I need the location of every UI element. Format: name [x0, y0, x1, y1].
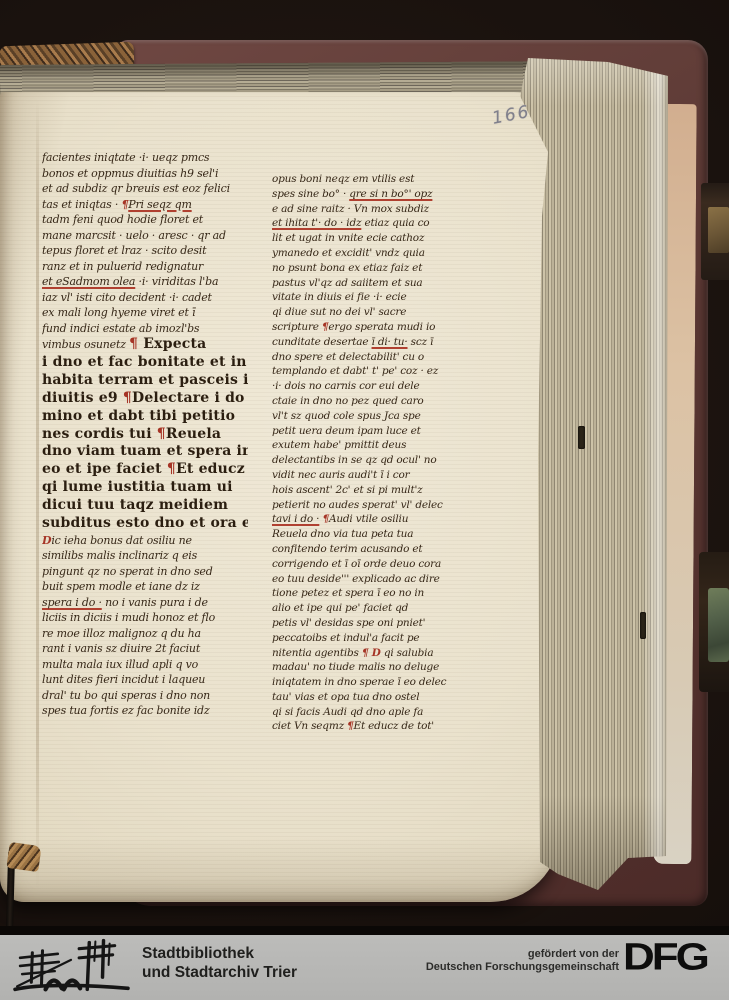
manuscript-line: cunditate desertae ī di· tu· scz ī — [272, 335, 474, 350]
manuscript-line: templando et dabt' t' pe' coz · ez — [272, 364, 474, 379]
manuscript-line: vimbus osunetz ¶ Expecta — [42, 336, 248, 354]
clasp-metal-fitting — [708, 207, 729, 253]
manuscript-line: e ad sine raitz · Vn mox subdiz — [272, 202, 474, 217]
manuscript-line: bonos et oppmus diuitias h9 sel'i — [42, 166, 248, 182]
manuscript-line: et eSadmom olea ·i· viriditas l'ba — [42, 274, 248, 290]
book-tailband-braid — [6, 842, 41, 872]
fore-edge-clasp-slot — [640, 612, 646, 639]
manuscript-line: spera i do · no i vanis pura i de — [42, 595, 248, 611]
manuscript-line: multa mala iux illud apli q vo — [42, 657, 248, 673]
manuscript-line: iniqtatem in dno sperae ī eo delec — [272, 675, 474, 690]
upper-clasp-remnant — [701, 183, 729, 280]
manuscript-line: dno viam tuam et spera in — [42, 443, 248, 461]
manuscript-line: no psunt bona ex etiaz faiz et — [272, 261, 474, 276]
manuscript-line: delectantibs in se qz qd ocul' no — [272, 453, 474, 468]
manuscript-line: qi diue sut no dei vl' sacre — [272, 305, 474, 320]
manuscript-line: spes tua fortis ez fac bonite idz — [42, 703, 248, 719]
manuscript-line: nitentia agentibs ¶ D qi salubia — [272, 646, 474, 661]
lower-clasp-remnant — [699, 552, 729, 692]
manuscript-column-left: facientes iniqtate ·i· ueqz pmcsbonos et… — [42, 150, 248, 728]
manuscript-line: Dic ieha bonus dat osiliu ne — [42, 533, 248, 549]
manuscript-line: vitate in diuis ei fie ·i· ecie — [272, 290, 474, 305]
manuscript-line: Reuela dno via tua peta tua — [272, 527, 474, 542]
manuscript-line: petis vl' desidas spe oni pniet' — [272, 616, 474, 631]
manuscript-line: vl't sz quod cole spus Jca spe — [272, 409, 474, 424]
manuscript-line: re moe illoz malignoz q du ha — [42, 626, 248, 642]
manuscript-line: ranz et in puluerid redignatur — [42, 259, 248, 275]
manuscript-line: mane marcsit · uelo · aresc · qr ad — [42, 228, 248, 244]
manuscript-line: diuitis e9 ¶Delectare i do — [42, 390, 248, 408]
manuscript-line: madau' no tiude malis no deluge — [272, 660, 474, 675]
institution-name: Stadtbibliothek und Stadtarchiv Trier — [142, 945, 297, 982]
manuscript-line: dral' tu bo qui speras i dno non — [42, 688, 248, 704]
manuscript-line: confitendo terim acusando et — [272, 542, 474, 557]
footer-divider — [0, 926, 729, 935]
manuscript-line: fund indici estate ab imozl'bs — [42, 321, 248, 337]
manuscript-line: tione petez et spera ī eo no in — [272, 586, 474, 601]
manuscript-line: similibs malis inclinariz q eis — [42, 548, 248, 564]
manuscript-line: tadm feni quod hodie floret et — [42, 212, 248, 228]
manuscript-line: hois ascent' 2c' et si pi mult'z — [272, 483, 474, 498]
manuscript-line: corrigendo et ī oī orde deuo cora — [272, 557, 474, 572]
footer-banner: Stadtbibliothek und Stadtarchiv Trier ge… — [0, 935, 729, 1000]
manuscript-line: petierit no audes sperat' vl' delec — [272, 498, 474, 513]
manuscript-line: ·i· dois no carnis cor eui dele — [272, 379, 474, 394]
manuscript-line: lit et ugat in vnite ecie cathoz — [272, 231, 474, 246]
manuscript-line: buit spem modle et iane dz iz — [42, 579, 248, 595]
manuscript-line: i dno et fac bonitate et in — [42, 354, 248, 372]
manuscript-line: dno spere et delectabilit' cu o — [272, 350, 474, 365]
manuscript-line: opus boni neqz em vtilis est — [272, 172, 474, 187]
page-gutter-crease — [36, 100, 39, 890]
manuscript-line: qi lume iustitia tuam ui — [42, 479, 248, 497]
manuscript-line: petit uera deum ipam luce et — [272, 424, 474, 439]
manuscript-line: eo et ipe faciet ¶Et educz — [42, 461, 248, 479]
manuscript-line: eo tuu deside''' explicado ac dire — [272, 572, 474, 587]
manuscript-line: qi si facis Audi qd dno aple fa — [272, 705, 474, 720]
manuscript-line: mino et dabt tibi petitio — [42, 408, 248, 426]
dfg-logo-icon: DFG — [623, 936, 723, 979]
manuscript-line: subditus esto dno et ora eu — [42, 515, 248, 533]
manuscript-line: tau' vias et opa tua dno ostel — [272, 690, 474, 705]
manuscript-line: pastus vl'qz ad saiitem et sua — [272, 276, 474, 291]
manuscript-scan-photo: 166 facientes iniqtate ·i· ueqz pmcsbono… — [0, 0, 729, 1000]
manuscript-line: rant i vanis sz diuire 2t faciut — [42, 641, 248, 657]
manuscript-line: peccatoibs et indul'a facit pe — [272, 631, 474, 646]
manuscript-line: vidit nec auris audi't ī i cor — [272, 468, 474, 483]
manuscript-line: tas et iniqtas · ¶Pri seqz qm — [42, 197, 248, 213]
manuscript-line: liciis in diciis i mudi honoz et flo — [42, 610, 248, 626]
manuscript-line: facientes iniqtate ·i· ueqz pmcs — [42, 150, 248, 166]
manuscript-line: habita terram et pasceis in — [42, 372, 248, 390]
institution-line-2: und Stadtarchiv Trier — [142, 964, 297, 983]
manuscript-line: pingunt qz no sperat in dno sed — [42, 564, 248, 580]
manuscript-line: spes sine bo° · qre si n bo°' opz — [272, 187, 474, 202]
funding-line-2: Deutschen Forschungsgemeinschaft — [359, 961, 619, 974]
funding-credit: gefördert von der Deutschen Forschungsge… — [359, 948, 619, 973]
manuscript-line: ymanedo et excidit' vndz quia — [272, 246, 474, 261]
manuscript-line: nes cordis tui ¶Reuela — [42, 426, 248, 444]
manuscript-line: et ihita t'· do · idz etiaz quia co — [272, 216, 474, 231]
funding-line-1: gefördert von der — [359, 948, 619, 961]
manuscript-line: et ad subdiz qr breuis est eoz felici — [42, 181, 248, 197]
manuscript-line: lunt dites fieri incidut i laqueu — [42, 672, 248, 688]
manuscript-line: ciet Vn seqmz ¶Et educz de tot' — [272, 719, 474, 734]
manuscript-line: ex mali long hyeme viret et ī — [42, 305, 248, 321]
stadtbibliothek-trier-logo-icon — [12, 936, 132, 998]
manuscript-line: tavi i do · ¶Audi vtile osiliu — [272, 512, 474, 527]
manuscript-line: alio et ipe qui pe' faciet qd — [272, 601, 474, 616]
manuscript-line: ctaie in dno no pez qued caro — [272, 394, 474, 409]
fore-edge-clasp-slot — [578, 426, 585, 449]
manuscript-line: exutem habe' pmittit deus — [272, 438, 474, 453]
clasp-metal-fitting — [708, 588, 729, 662]
manuscript-line: iaz vl' isti cito decident ·i· cadet — [42, 290, 248, 306]
manuscript-line: tepus floret et lraz · scito desit — [42, 243, 248, 259]
manuscript-line: scripture ¶ergo sperata mudi io — [272, 320, 474, 335]
institution-line-1: Stadtbibliothek — [142, 945, 297, 964]
manuscript-column-right: opus boni neqz em vtilis estspes sine bo… — [272, 172, 474, 742]
manuscript-line: dicui tuu taqz meidiem — [42, 497, 248, 515]
